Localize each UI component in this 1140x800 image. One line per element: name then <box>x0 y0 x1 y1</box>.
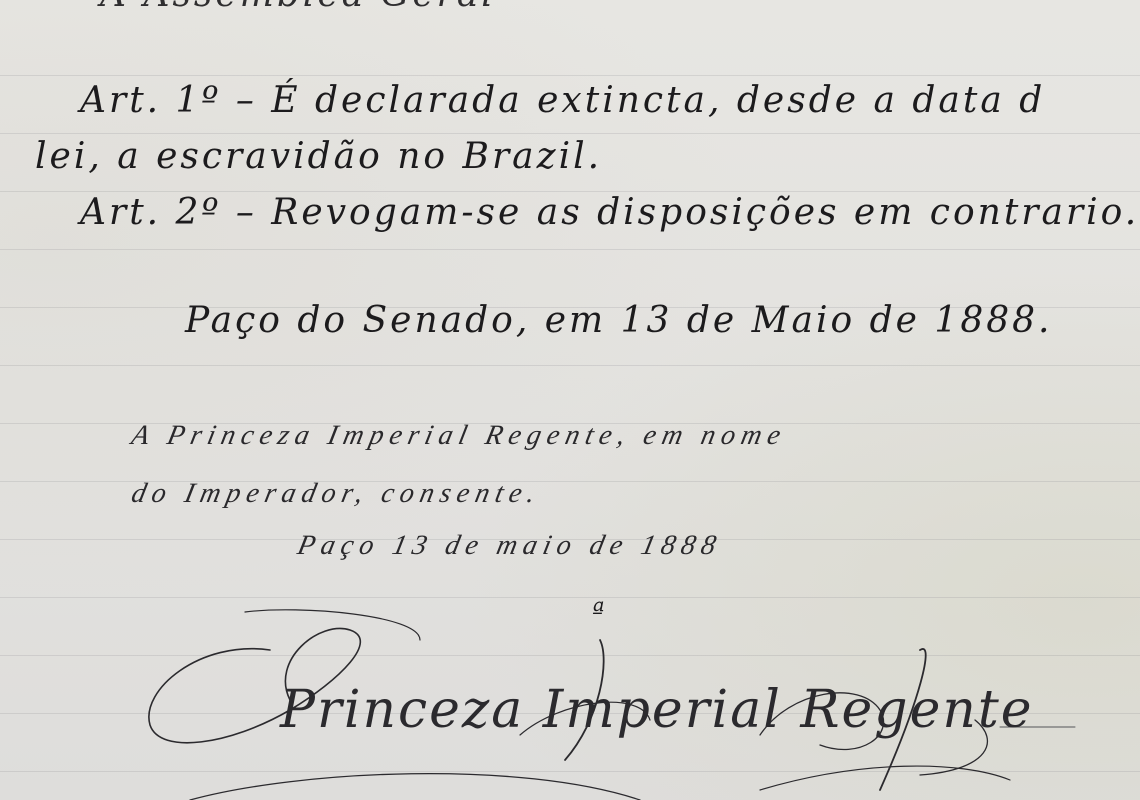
document-page: A Assembléa Geral Art. 1º – É declarada … <box>0 0 1140 800</box>
article-2-line-1: Art. 2º – Revogam-se as disposições em c… <box>80 192 1139 233</box>
sanction-line-2: do Imperador, consente. <box>129 478 544 510</box>
signature-text: Princeza Imperial Regente <box>280 680 1034 740</box>
article-1-line-1: Art. 1º – É declarada extincta, desde a … <box>80 80 1045 121</box>
sanction-line-1: A Princeza Imperial Regente, em nome <box>129 420 790 452</box>
signature-accent: ª <box>592 598 607 628</box>
article-1-line-2: lei, a escravidão no Brazil. <box>35 136 602 177</box>
place-date-line: Paço do Senado, em 13 de Maio de 1888. <box>185 300 1052 341</box>
header-fragment: A Assembléa Geral <box>100 0 496 15</box>
sanction-date-line: Paço 13 de maio de 1888 <box>295 530 725 562</box>
